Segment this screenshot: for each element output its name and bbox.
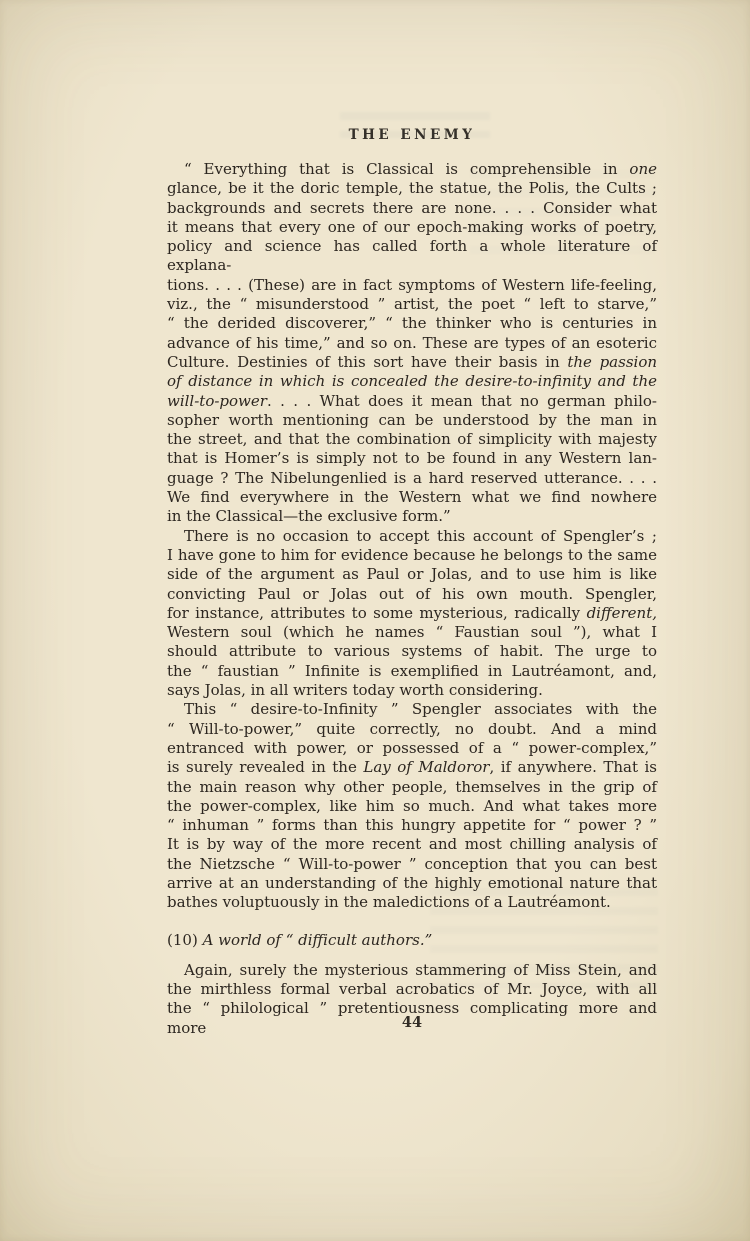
text-line: of distance in which is concealed the de…: [167, 372, 657, 391]
text-line: the power-complex, like him so much. And…: [167, 797, 657, 816]
text-line: the mirthless formal verbal acrobatics o…: [167, 980, 657, 999]
text-line: Culture. Destinies of this sort have the…: [167, 353, 657, 372]
text-line: “ Everything that is Classical is compre…: [167, 160, 657, 179]
text-line: advance of his time,” and so on. These a…: [167, 334, 657, 353]
text-line: says Jolas, in all writers today worth c…: [167, 681, 657, 700]
text-line: guage ? The Nibelungenlied is a hard res…: [167, 469, 657, 488]
text-line: policy and science has called forth a wh…: [167, 237, 657, 276]
text-line: the “ faustian ” Infinite is exemplified…: [167, 662, 657, 681]
text-line: “ Will-to-power,” quite correctly, no do…: [167, 720, 657, 739]
text-block: “ Everything that is Classical is compre…: [167, 160, 657, 1038]
text-line: Western soul (which he names “ Faustian …: [167, 623, 657, 642]
page-number: 44: [167, 1014, 657, 1031]
no-occasion-paragraph: There is no occasion to accept this acco…: [167, 527, 657, 701]
text-line: backgrounds and secrets there are none. …: [167, 199, 657, 218]
spengler-quote-paragraph: “ Everything that is Classical is compre…: [167, 160, 657, 527]
text-line: tions. . . . (These) are in fact symptom…: [167, 276, 657, 295]
text-line: is surely revealed in the Lay of Maldoro…: [167, 758, 657, 777]
text-line: bathes voluptuously in the maledictions …: [167, 893, 657, 912]
text-line: side of the argument as Paul or Jolas, a…: [167, 565, 657, 584]
text-line: viz., the “ misunderstood ” artist, the …: [167, 295, 657, 314]
text-line: I have gone to him for evidence because …: [167, 546, 657, 565]
text-line: “ inhuman ” forms than this hungry appet…: [167, 816, 657, 835]
text-line: Again, surely the mysterious stammering …: [167, 961, 657, 980]
text-line: in the Classical—the exclusive form.”: [167, 507, 657, 526]
text-line: convicting Paul or Jolas out of his own …: [167, 585, 657, 604]
text-line: glance, be it the doric temple, the stat…: [167, 179, 657, 198]
text-line: the main reason why other people, themse…: [167, 778, 657, 797]
text-line: entranced with power, or possessed of a …: [167, 739, 657, 758]
text-line: for instance, attributes to some mysteri…: [167, 604, 657, 623]
text-line: that is Homer’s is simply not to be foun…: [167, 449, 657, 468]
section-heading-10: (10) A world of “ difficult authors.”: [167, 931, 657, 950]
text-line: There is no occasion to accept this acco…: [167, 527, 657, 546]
text-line: (10) A world of “ difficult authors.”: [167, 931, 657, 950]
text-line: It is by way of the more recent and most…: [167, 835, 657, 854]
text-line: should attribute to various systems of h…: [167, 642, 657, 661]
text-line: We find everywhere in the Western what w…: [167, 488, 657, 507]
text-line: This “ desire-to-Infinity ” Spengler ass…: [167, 700, 657, 719]
desire-to-infinity-paragraph: This “ desire-to-Infinity ” Spengler ass…: [167, 700, 657, 912]
text-line: “ the derided discoverer,” “ the thinker…: [167, 314, 657, 333]
text-line: it means that every one of our epoch-mak…: [167, 218, 657, 237]
text-line: arrive at an understanding of the highly…: [167, 874, 657, 893]
book-page: THE ENEMY “ Everything that is Classical…: [0, 0, 750, 1241]
text-line: sopher worth mentioning can be understoo…: [167, 411, 657, 430]
running-header: THE ENEMY: [167, 127, 657, 143]
text-line: will-to-power. . . . What does it mean t…: [167, 392, 657, 411]
text-line: the street, and that the combination of …: [167, 430, 657, 449]
text-line: the Nietzsche “ Will-to-power ” concepti…: [167, 855, 657, 874]
